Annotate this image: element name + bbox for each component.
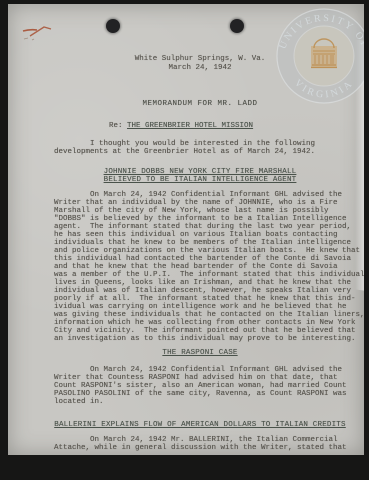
re-label: Re: — [109, 122, 123, 130]
section-body-ballerini: On March 24, 1942 Mr. BALLERINI, the Ita… — [54, 436, 346, 452]
hole-punch-right — [230, 19, 244, 33]
red-pencil-mark — [20, 18, 66, 46]
section-body-rasponi-case: On March 24, 1942 Confidential Informant… — [54, 366, 346, 406]
hole-punch-left — [106, 19, 120, 33]
section-heading-rasponi-case: THE RASPONI CASE — [54, 349, 346, 357]
section-heading-ballerini: BALLERINI EXPLAINS FLOW OF AMERICAN DOLL… — [37, 421, 363, 429]
re-subject: THE GREENBRIER HOTEL MISSION — [127, 122, 253, 130]
memo-title: MEMORANDUM FOR MR. LADD — [54, 100, 346, 108]
document-page: UNIVERSITY OF VIRGINIA White Sulphur Spr… — [8, 4, 364, 455]
re-line: Re: THE GREENBRIER HOTEL MISSION — [109, 122, 349, 130]
dateline: White Sulphur Springs, W. Va. March 24, … — [54, 55, 346, 73]
section-heading-johnnie-dobbs: JOHNNIE DOBBS NEW YORK CITY FIRE MARSHAL… — [54, 168, 346, 184]
dateline-date: March 24, 1942 — [54, 64, 346, 73]
dateline-place: White Sulphur Springs, W. Va. — [54, 55, 346, 64]
section-body-johnnie-dobbs: On March 24, 1942 Confidential Informant… — [54, 191, 346, 343]
intro-paragraph: I thought you would be interested in the… — [54, 140, 346, 156]
scan-background: UNIVERSITY OF VIRGINIA White Sulphur Spr… — [0, 0, 369, 480]
